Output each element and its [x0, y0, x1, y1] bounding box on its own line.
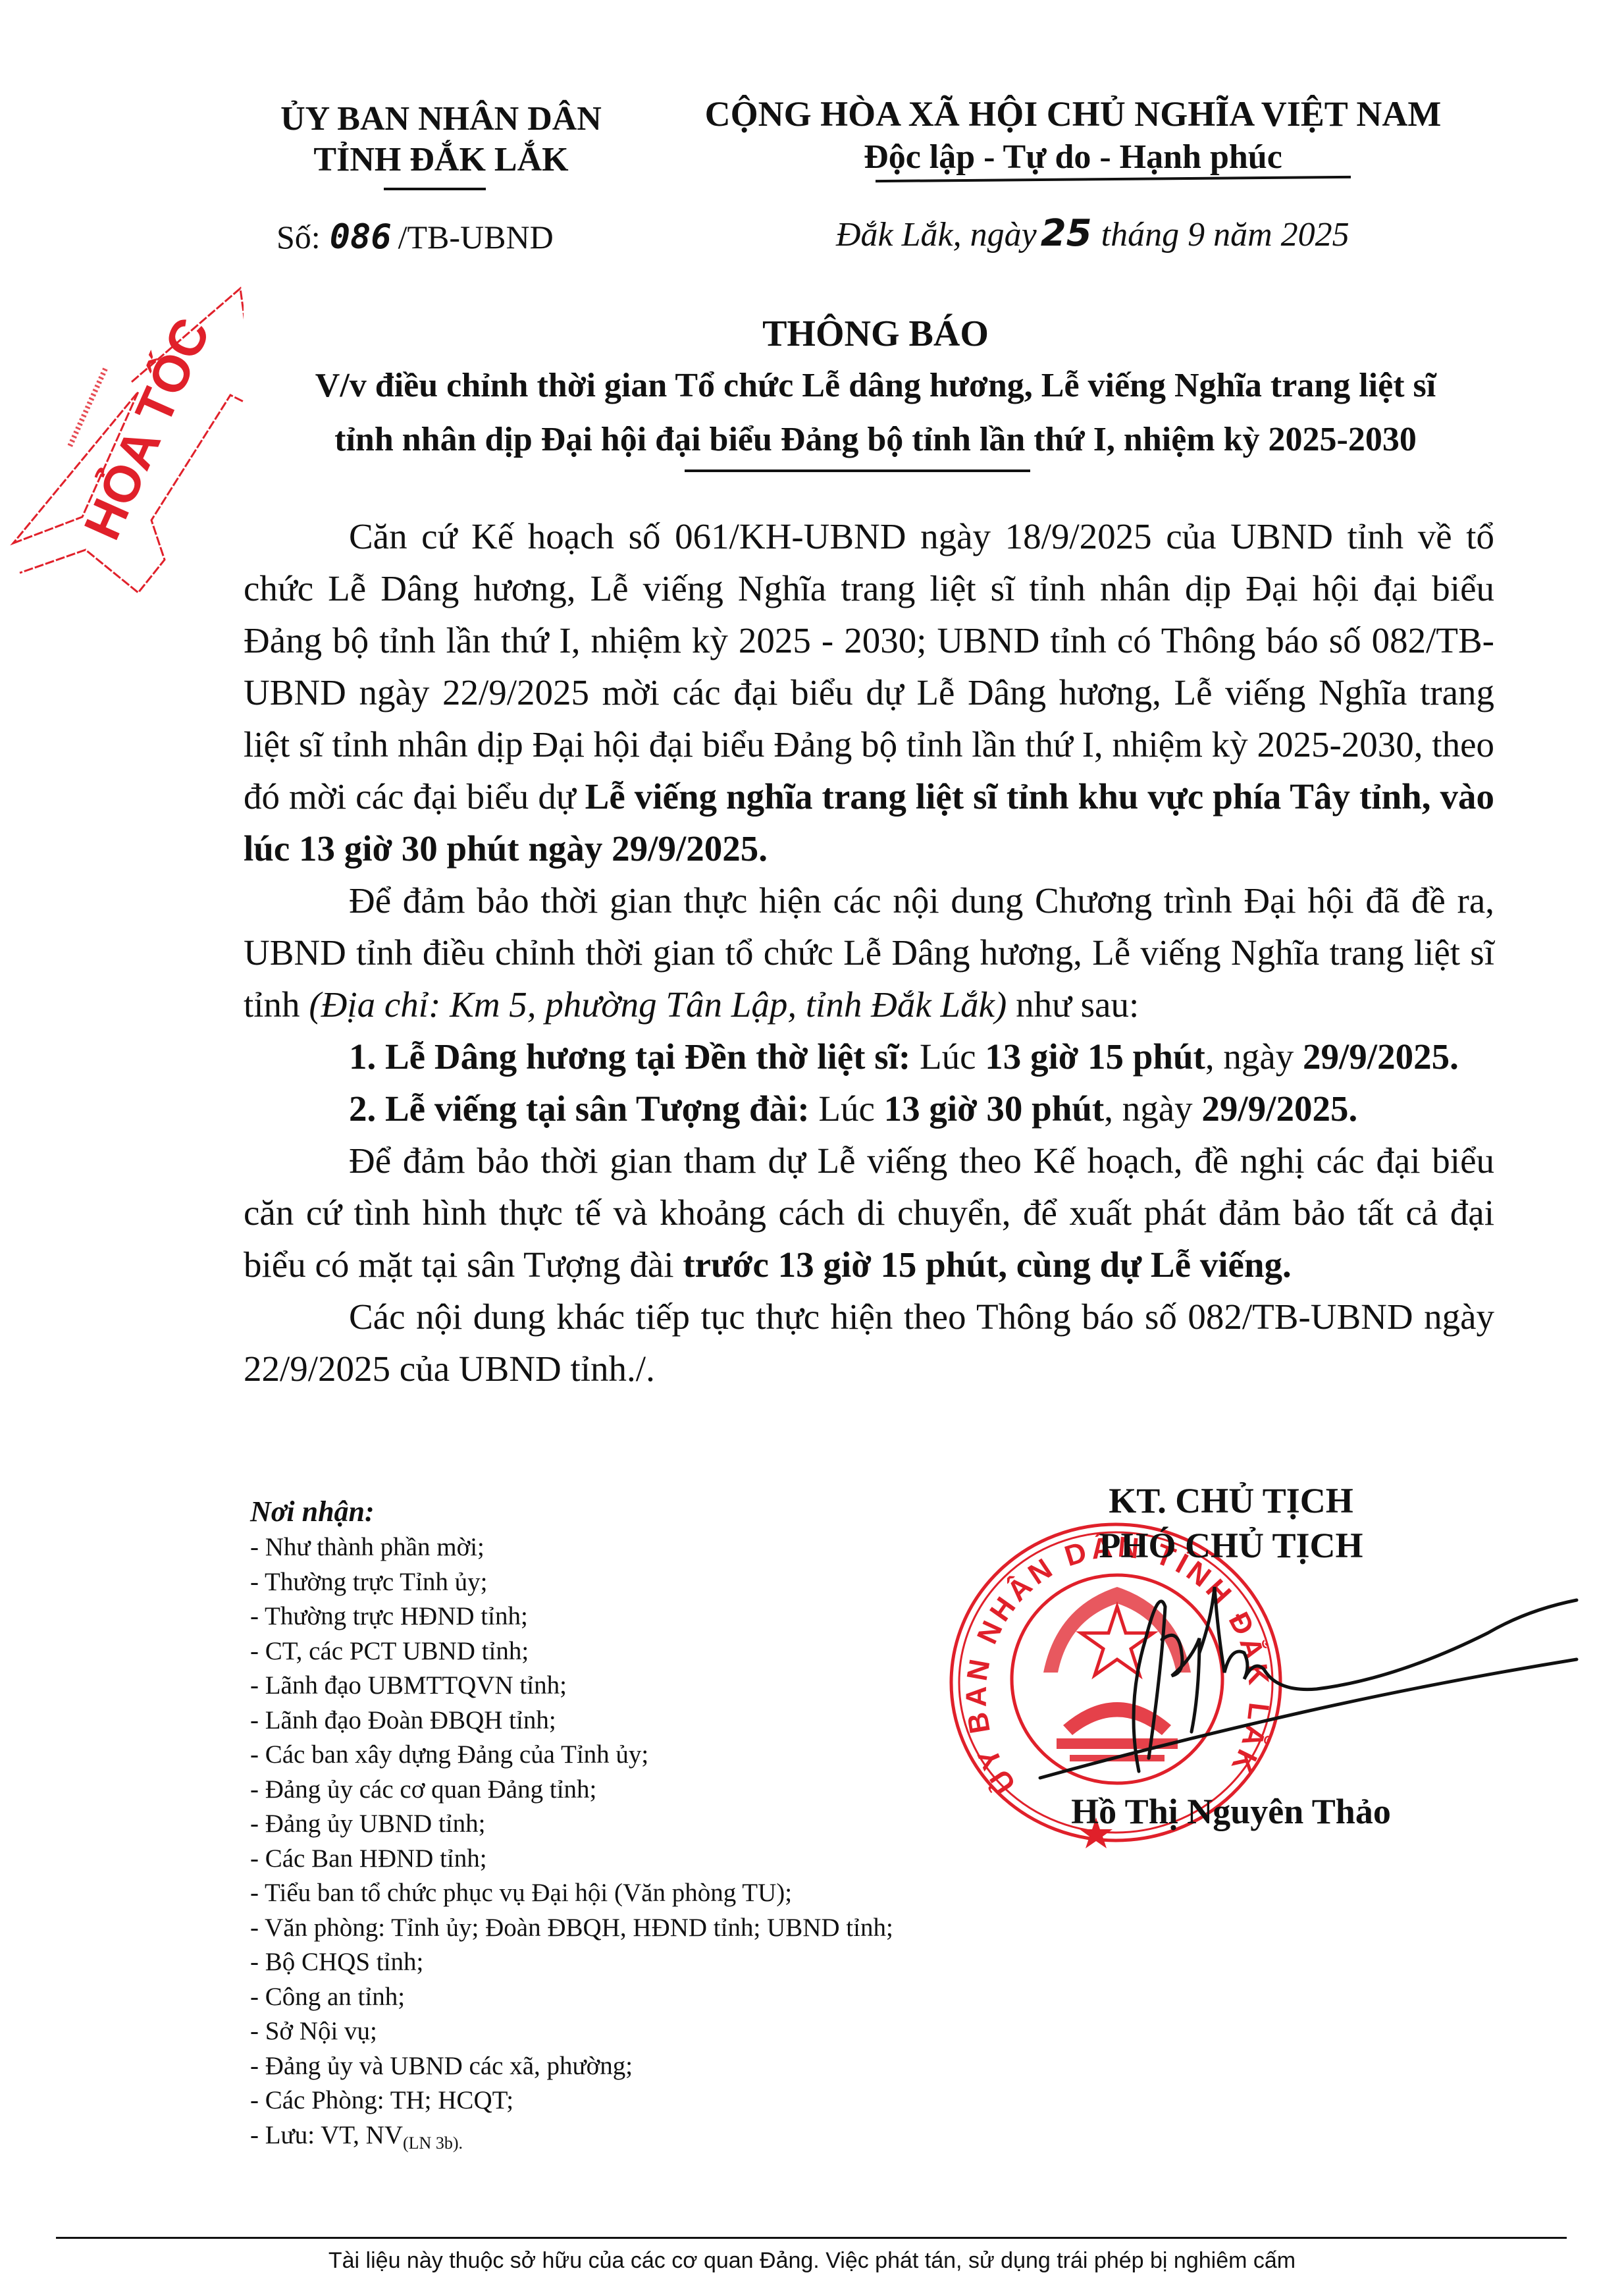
recipient-item: - Các Phòng: TH; HCQT; [250, 2083, 893, 2118]
recipient-item: - Thường trực HĐND tỉnh; [250, 1599, 893, 1634]
recipient-items: - Như thành phần mời;- Thường trực Tỉnh … [250, 1530, 893, 2118]
signature-title-block: KT. CHỦ TỊCH PHÓ CHỦ TỊCH [1027, 1478, 1435, 1568]
document-number: Số:086/TB-UBND [276, 217, 554, 257]
recipient-item: - Các Ban HĐND tỉnh; [250, 1842, 893, 1877]
doc-no-prefix: Số: [276, 219, 321, 255]
place-date-suffix: tháng 9 năm 2025 [1101, 216, 1349, 254]
recipient-item: - Đảng ủy các cơ quan Đảng tỉnh; [250, 1773, 893, 1808]
recipient-item: - Lãnh đạo UBMTTQVN tỉnh; [250, 1669, 893, 1703]
subject-line-2: tỉnh nhân dịp Đại hội đại biểu Đảng bộ t… [263, 413, 1488, 467]
nation-name: CỘNG HÒA XÃ HỘI CHỦ NGHĨA VIỆT NAM [678, 92, 1468, 136]
recipient-item: - Các ban xây dựng Đảng của Tỉnh ủy; [250, 1738, 893, 1773]
recipients-list: Nơi nhận: - Như thành phần mời;- Thường … [250, 1493, 893, 2160]
recipient-item: - Công an tỉnh; [250, 1980, 893, 2015]
schedule-item-1: 1. Lễ Dâng hương tại Đền thờ liệt sĩ: Lú… [244, 1031, 1494, 1083]
org-line-2: TỈNH ĐẮK LẮK [250, 140, 632, 180]
recipient-item: - Sở Nội vụ; [250, 2014, 893, 2049]
schedule-item-2: 2. Lễ viếng tại sân Tượng đài: Lúc 13 gi… [244, 1083, 1494, 1135]
paragraph-3: Để đảm bảo thời gian tham dự Lễ viếng th… [244, 1135, 1494, 1291]
paragraph-2: Để đảm bảo thời gian thực hiện các nội d… [244, 874, 1494, 1031]
recipient-item: - Thường trực Tỉnh ủy; [250, 1565, 893, 1600]
paragraph-1: Căn cứ Kế hoạch số 061/KH-UBND ngày 18/9… [244, 510, 1494, 874]
recipient-item: - CT, các PCT UBND tỉnh; [250, 1634, 893, 1669]
national-heading: CỘNG HÒA XÃ HỘI CHỦ NGHĨA VIỆT NAM Độc l… [678, 92, 1468, 179]
signature-line-1: KT. CHỦ TỊCH [1027, 1478, 1435, 1523]
recipient-item: - Lãnh đạo Đoàn ĐBQH tỉnh; [250, 1703, 893, 1738]
paragraph-4: Các nội dung khác tiếp tục thực hiện the… [244, 1291, 1494, 1395]
place-and-date: Đắk Lắk, ngày25tháng 9 năm 2025 [836, 212, 1349, 255]
recipient-item: - Đảng ủy và UBND các xã, phường; [250, 2049, 893, 2084]
urgent-stamp-text: HỎA TỐC [72, 309, 221, 548]
recipient-item: - Văn phòng: Tỉnh ủy; Đoàn ĐBQH, HĐND tỉ… [250, 1911, 893, 1946]
place-date-prefix: Đắk Lắk, ngày [836, 216, 1037, 254]
org-line-1: ỦY BAN NHÂN DÂN [250, 99, 632, 140]
national-motto: Độc lập - Tự do - Hạnh phúc [678, 136, 1468, 179]
doc-no-suffix: /TB-UBND [398, 219, 554, 255]
signer-name: Hồ Thị Nguyên Thảo [1027, 1791, 1435, 1832]
document-title: THÔNG BÁO [263, 313, 1488, 355]
recipient-item: - Đảng ủy UBND tỉnh; [250, 1807, 893, 1842]
confidentiality-note: Tài liệu này thuộc sở hữu của các cơ qua… [0, 2248, 1624, 2274]
document-body: Căn cứ Kế hoạch số 061/KH-UBND ngày 18/9… [244, 510, 1494, 1395]
urgent-stamp-arrow-icon: HỎA TỐC [7, 283, 244, 612]
issuing-organization: ỦY BAN NHÂN DÂN TỈNH ĐẮK LẮK [250, 99, 632, 180]
recipients-heading: Nơi nhận: [250, 1493, 893, 1530]
day-handwritten: 25 [1041, 212, 1092, 255]
handwritten-signature-icon [1027, 1561, 1580, 1784]
doc-no-handwritten: 086 [330, 217, 392, 257]
subject-line-1: V/v điều chỉnh thời gian Tổ chức Lễ dâng… [263, 359, 1488, 413]
recipient-item: - Như thành phần mời; [250, 1530, 893, 1565]
recipient-item: - Bộ CHQS tỉnh; [250, 1945, 893, 1980]
document-subject: V/v điều chỉnh thời gian Tổ chức Lễ dâng… [263, 359, 1488, 467]
subject-underline [685, 469, 1030, 472]
address-note: (Địa chỉ: Km 5, phường Tân Lập, tỉnh Đắk… [309, 984, 1007, 1025]
recipient-item-archive: - Lưu: VT, NV(LN 3b). [250, 2118, 893, 2161]
recipient-item: - Tiểu ban tổ chức phục vụ Đại hội (Văn … [250, 1876, 893, 1911]
org-underline [384, 188, 486, 190]
footer-divider [56, 2237, 1567, 2239]
